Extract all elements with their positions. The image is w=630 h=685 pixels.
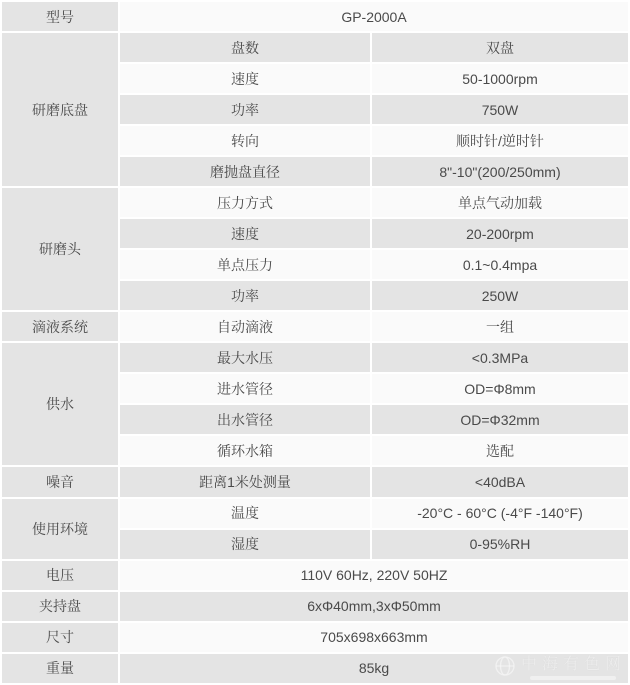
- table-row: 尺寸 705x698x663mm: [2, 623, 628, 652]
- table-row: 电压 110V 60Hz, 220V 50HZ: [2, 561, 628, 590]
- table-row: 研磨头 压力方式 单点气动加载: [2, 188, 628, 217]
- param-cell: 磨抛盘直径: [120, 157, 370, 186]
- table-row: 使用环境 温度 -20°C - 60°C (-4°F -140°F): [2, 499, 628, 528]
- param-cell: 自动滴液: [120, 312, 370, 341]
- param-cell: 盘数: [120, 33, 370, 62]
- group-cell: 使用环境: [2, 499, 118, 559]
- value-cell: 85kg: [120, 654, 628, 683]
- group-cell: 尺寸: [2, 623, 118, 652]
- param-cell: 速度: [120, 64, 370, 93]
- value-cell: 0-95%RH: [372, 530, 628, 559]
- value-cell: 双盘: [372, 33, 628, 62]
- table-row: 重量 85kg: [2, 654, 628, 683]
- value-cell: 选配: [372, 436, 628, 465]
- value-cell: 6xΦ40mm,3xΦ50mm: [120, 592, 628, 621]
- spec-table: 型号 GP-2000A 研磨底盘 盘数 双盘 速度 50-1000rpm 功率 …: [0, 0, 630, 685]
- group-cell: 研磨底盘: [2, 33, 118, 186]
- value-cell: 单点气动加载: [372, 188, 628, 217]
- group-cell: 型号: [2, 2, 118, 31]
- param-cell: 湿度: [120, 530, 370, 559]
- value-cell: -20°C - 60°C (-4°F -140°F): [372, 499, 628, 528]
- group-cell: 滴液系统: [2, 312, 118, 341]
- value-cell: 110V 60Hz, 220V 50HZ: [120, 561, 628, 590]
- group-cell: 噪音: [2, 467, 118, 496]
- value-cell: 250W: [372, 281, 628, 310]
- table-row: 研磨底盘 盘数 双盘: [2, 33, 628, 62]
- table-row: 型号 GP-2000A: [2, 2, 628, 31]
- value-cell: <0.3MPa: [372, 343, 628, 372]
- value-cell: 750W: [372, 95, 628, 124]
- value-cell: 8"-10"(200/250mm): [372, 157, 628, 186]
- value-cell: 0.1~0.4mpa: [372, 250, 628, 279]
- group-cell: 研磨头: [2, 188, 118, 310]
- table-row: 噪音 距离1米处测量 <40dBA: [2, 467, 628, 496]
- table-row: 滴液系统 自动滴液 一组: [2, 312, 628, 341]
- table-row: 供水 最大水压 <0.3MPa: [2, 343, 628, 372]
- param-cell: 出水管径: [120, 405, 370, 434]
- param-cell: 功率: [120, 95, 370, 124]
- param-cell: 距离1米处测量: [120, 467, 370, 496]
- group-cell: 重量: [2, 654, 118, 683]
- group-cell: 夹持盘: [2, 592, 118, 621]
- param-cell: 速度: [120, 219, 370, 248]
- param-cell: 进水管径: [120, 374, 370, 403]
- param-cell: 转向: [120, 126, 370, 155]
- param-cell: 单点压力: [120, 250, 370, 279]
- value-cell: OD=Φ8mm: [372, 374, 628, 403]
- value-cell: OD=Φ32mm: [372, 405, 628, 434]
- param-cell: 循环水箱: [120, 436, 370, 465]
- table-row: 夹持盘 6xΦ40mm,3xΦ50mm: [2, 592, 628, 621]
- value-cell: <40dBA: [372, 467, 628, 496]
- param-cell: 功率: [120, 281, 370, 310]
- group-cell: 供水: [2, 343, 118, 465]
- param-cell: 温度: [120, 499, 370, 528]
- value-cell: 一组: [372, 312, 628, 341]
- value-cell: 50-1000rpm: [372, 64, 628, 93]
- value-cell: 20-200rpm: [372, 219, 628, 248]
- value-cell: 顺时针/逆时针: [372, 126, 628, 155]
- param-cell: 最大水压: [120, 343, 370, 372]
- group-cell: 电压: [2, 561, 118, 590]
- param-cell: 压力方式: [120, 188, 370, 217]
- value-cell: 705x698x663mm: [120, 623, 628, 652]
- value-cell: GP-2000A: [120, 2, 628, 31]
